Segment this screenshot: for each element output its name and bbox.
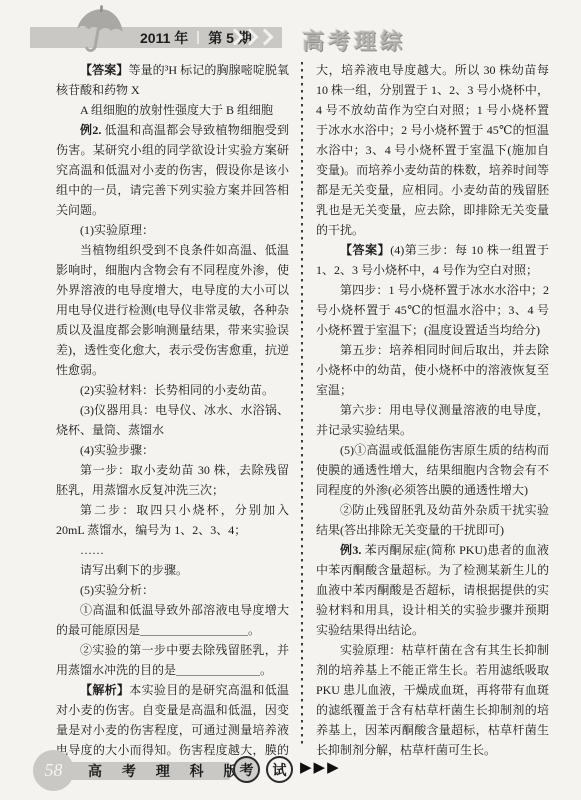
paragraph: ②实验的第一步中要去除残留胚乳，并用蒸馏水冲洗的目的是＿＿＿＿＿＿＿。 (56, 640, 289, 680)
paragraph: 第二步：取四只小烧杯，分别加入 20mL 蒸馏水，编号为 1、2、3、4； (56, 500, 289, 540)
paragraph: ①高温和低温导致外部溶液电导度增大的最可能原因是＿＿＿＿＿＿＿＿＿。 (56, 600, 289, 640)
umbrella-icon (66, 1, 132, 61)
paragraph: ②防止残留胚乳及幼苗外杂质干扰实验结果(答出排除无关变量的干扰即可) (316, 500, 549, 540)
paragraph: 【答案】等量的³H 标记的胸腺嘧啶脱氧核苷酸和药物 X (56, 60, 289, 100)
chevrons-right-icon (229, 31, 271, 43)
page-header: 2011 年 第 5 期 高考理综 (0, 0, 581, 58)
paragraph: 第六步：用电导仪测量溶液的电导度，并记录实验结果。 (316, 400, 549, 440)
paragraph: 第四步：1 号小烧杯置于冰水水浴中；2 号小烧杯置于 45℃的恒温水浴中；3、4… (316, 280, 549, 340)
paragraph: 大，培养液电导度越大。所以 30 株幼苗每 10 株一组，分别置于 1、2、3 … (316, 60, 549, 240)
paragraph: (5)实验分析： (56, 580, 289, 600)
chevron-icon (257, 29, 274, 46)
paragraph: A 组细胞的放射性强度大于 B 组细胞 (56, 100, 289, 120)
paragraph: …… (56, 540, 289, 560)
paragraph: 请写出剩下的步骤。 (56, 560, 289, 580)
edition-bar: 高 考 理 科 版 (62, 762, 230, 780)
issue-year: 2011 年 (140, 28, 188, 48)
page-footer: 58 高 考 理 科 版 考 试 ▶▶▶ (0, 748, 581, 796)
paragraph: (3)仪器用具：电导仪、冰水、水浴锅、烧杯、量筒、蒸馏水 (56, 400, 289, 440)
exam-badge-shi: 试 (266, 756, 293, 783)
paragraph: 当植物组织受到不良条件如高温、低温影响时，细胞内含物会有不同程度外渗，使外界溶液… (56, 240, 289, 380)
paragraph: (1)实验原理： (56, 220, 289, 240)
masthead-title: 高考理综 (302, 25, 406, 56)
page: 2011 年 第 5 期 高考理综 【答案】等量的³H 标记的胸腺嘧啶脱氧核苷酸… (0, 0, 581, 800)
paragraph: 实验原理：枯草杆菌在含有其生长抑制剂的培养基上不能正常生长。若用滤纸吸取 PKU… (316, 640, 549, 760)
paragraph: 例2. 低温和高温都会导致植物细胞受到伤害。某研究小组的同学欲设计实验方案研究高… (56, 120, 289, 220)
paragraph: (5)①高温或低温能伤害原生质的结构而使膜的通透性增大，结果细胞内含物会有不同程… (316, 440, 549, 500)
article-body: 【答案】等量的³H 标记的胸腺嘧啶脱氧核苷酸和药物 XA 组细胞的放射性强度大于… (0, 60, 581, 780)
paragraph: 第一步：取小麦幼苗 30 株，去除残留胚乳，用蒸馏水反复冲洗三次； (56, 460, 289, 500)
exam-badge-kao: 考 (233, 756, 260, 783)
paragraph-bold-prefix: 【答案】 (80, 63, 128, 77)
edition-label: 高 考 理 科 版 (88, 761, 246, 781)
paragraph-bold-prefix: 【解析】 (80, 683, 129, 697)
paragraph-bold-prefix: 例3. (340, 543, 361, 557)
paragraph: (4)实验步骤： (56, 440, 289, 460)
right-column: 大，培养液电导度越大。所以 30 株幼苗每 10 株一组，分别置于 1、2、3 … (316, 60, 549, 780)
paragraph: 第五步：培养相同时间后取出，并去除小烧杯中的幼苗，使小烧杯中的溶液恢复至室温； (316, 340, 549, 400)
column-divider (301, 62, 303, 748)
paragraph-bold-prefix: 【答案】 (340, 243, 390, 257)
paragraph: 例3. 苯丙酮尿症(简称 PKU)患者的血液中苯丙酮酸含量超标。为了检测某新生儿… (316, 540, 549, 640)
left-column: 【答案】等量的³H 标记的胸腺嘧啶脱氧核苷酸和药物 XA 组细胞的放射性强度大于… (56, 60, 289, 780)
scanned-magazine-page: { "colors": { "page_bg": "#f4f3ef", "bar… (0, 0, 581, 800)
arrows-right-icon: ▶▶▶ (300, 758, 341, 776)
paragraph-bold-prefix: 例2. (80, 123, 101, 137)
issue-separator (197, 31, 199, 44)
paragraph: (2)实验材料：长势相同的小麦幼苗。 (56, 380, 289, 400)
paragraph: 【答案】(4)第三步：每 10 株一组置于 1、2、3 号小烧杯中，4 号作为空… (316, 240, 549, 280)
